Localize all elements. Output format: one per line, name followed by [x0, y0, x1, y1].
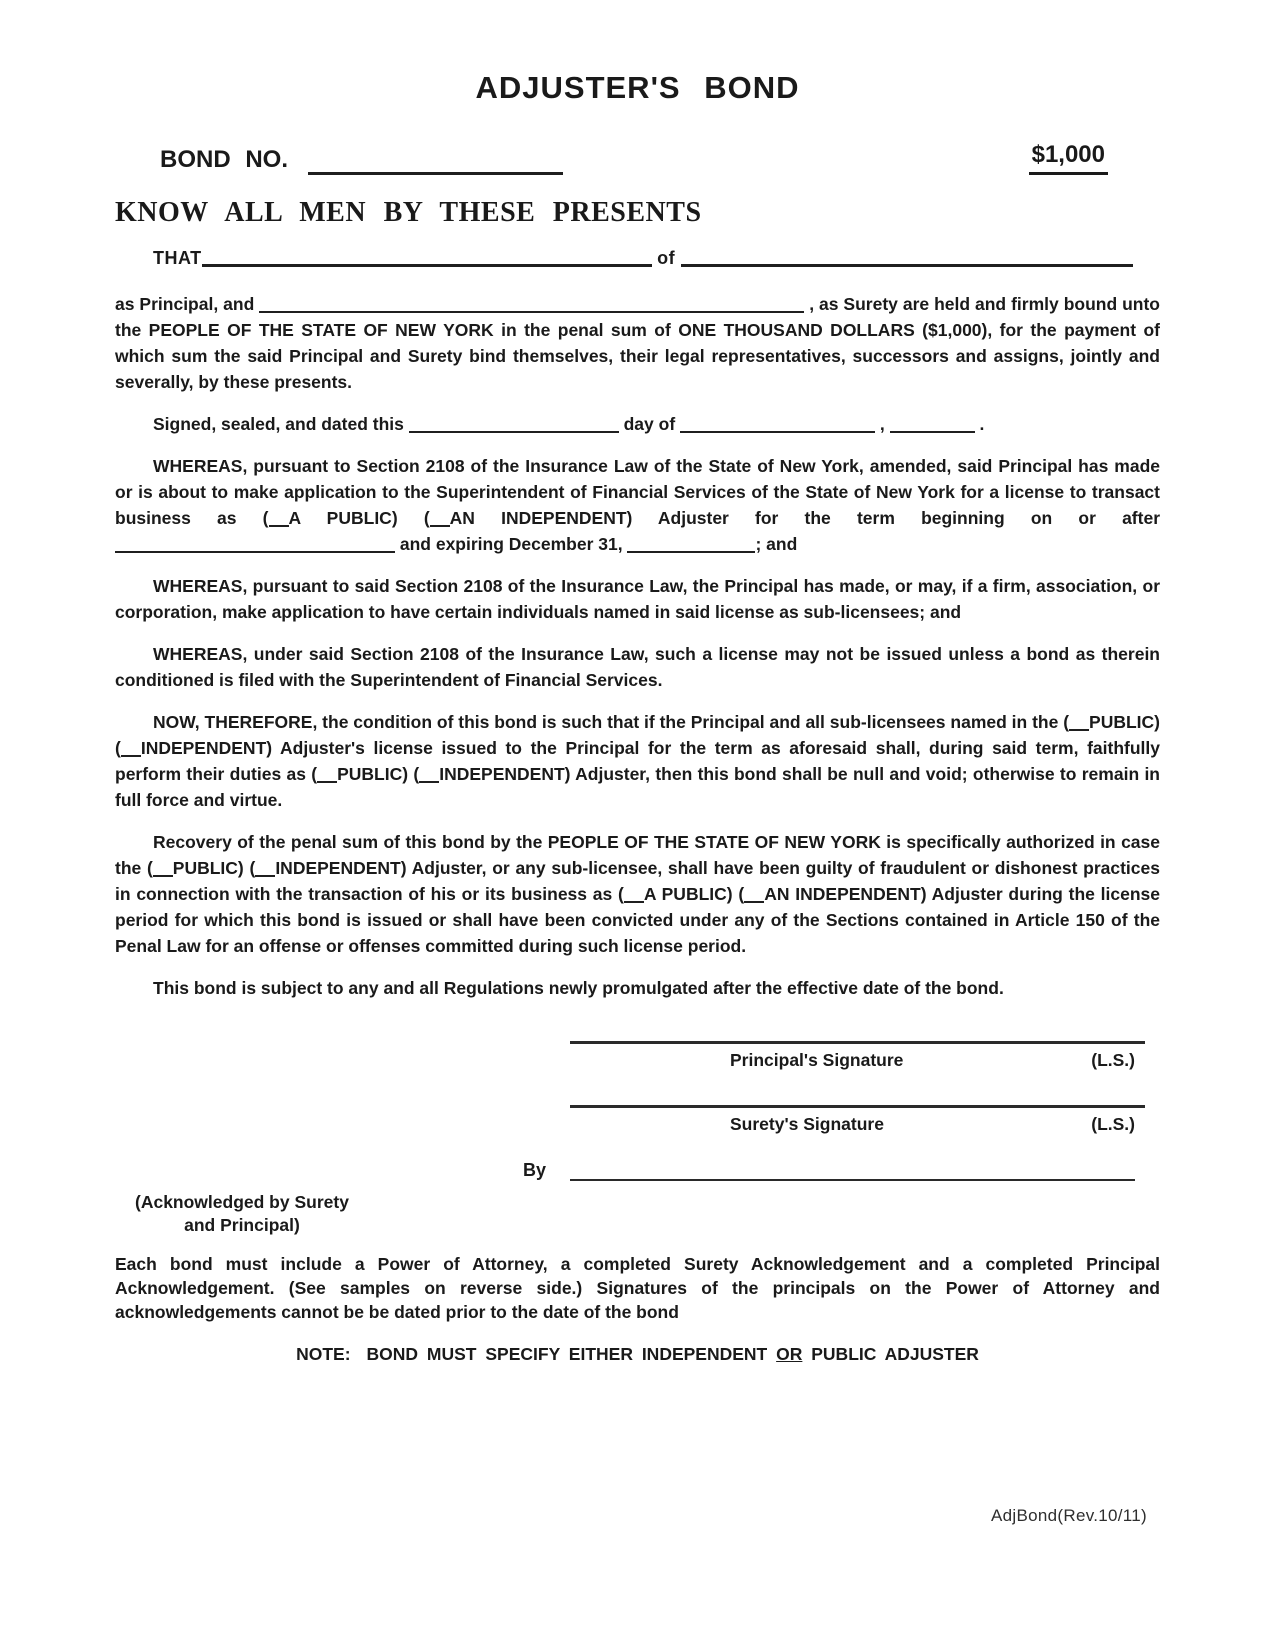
note-or-emphasis: OR — [776, 1344, 802, 1364]
presents-heading: KNOW ALL MEN BY THESE PRESENTS — [115, 197, 1160, 229]
note-text-pre: BOND MUST SPECIFY EITHER INDEPENDENT — [367, 1344, 768, 1364]
bond-number-blank[interactable] — [308, 150, 563, 175]
paragraph-whereas-application: WHEREAS, pursuant to Section 2108 of the… — [115, 453, 1160, 557]
surety-signature-labels: Surety's Signature (L.S.) — [570, 1108, 1145, 1135]
document-content: ADJUSTER'S BOND BOND NO. $1,000 KNOW ALL… — [0, 0, 1275, 1366]
note-line: NOTE:BOND MUST SPECIFY EITHER INDEPENDEN… — [115, 1342, 1160, 1366]
principal-ls-label: (L.S.) — [1091, 1050, 1135, 1071]
note-label: NOTE: — [296, 1344, 350, 1364]
fill-in-blank[interactable] — [269, 509, 289, 527]
adjusters-bond-document: ADJUSTER'S BOND BOND NO. $1,000 KNOW ALL… — [0, 0, 1275, 1650]
fill-in-blank[interactable] — [1069, 713, 1089, 731]
fill-in-blank[interactable] — [259, 295, 804, 313]
fill-in-blank[interactable] — [680, 415, 875, 433]
fill-in-blank[interactable] — [627, 535, 755, 553]
fill-in-blank[interactable] — [419, 765, 439, 783]
by-signature-row: By — [523, 1157, 1135, 1181]
by-label: By — [523, 1160, 546, 1181]
principal-signature-group: Principal's Signature (L.S.) — [570, 1041, 1145, 1071]
bond-number-row: BOND NO. $1,000 — [115, 140, 1160, 175]
penal-sum-amount: $1,000 — [1029, 140, 1108, 175]
instructions-paragraph: Each bond must include a Power of Attorn… — [115, 1252, 1160, 1324]
fill-in-blank[interactable] — [890, 415, 975, 433]
bond-number-label: BOND NO. — [160, 145, 288, 175]
principal-signature-label: Principal's Signature — [730, 1050, 903, 1071]
paragraph-recovery: Recovery of the penal sum of this bond b… — [115, 829, 1160, 959]
fill-in-blank[interactable] — [624, 885, 644, 903]
acknowledged-note-line2: and Principal) — [184, 1215, 300, 1235]
bond-number-group: BOND NO. — [160, 145, 563, 175]
fill-in-blank[interactable] — [115, 535, 395, 553]
fill-in-blank[interactable] — [255, 859, 275, 877]
fill-in-blank[interactable] — [430, 509, 450, 527]
signature-area: Principal's Signature (L.S.) Surety's Si… — [115, 1041, 1160, 1236]
fill-in-blank[interactable] — [681, 248, 1133, 267]
surety-signature-group: Surety's Signature (L.S.) — [570, 1105, 1145, 1135]
acknowledged-note: (Acknowledged by Surety and Principal) — [135, 1191, 349, 1237]
paragraph-regulations: This bond is subject to any and all Regu… — [115, 975, 1160, 1001]
document-reference: AdjBond(Rev.10/11) — [991, 1506, 1147, 1526]
fill-in-blank[interactable] — [153, 859, 173, 877]
fill-in-blank[interactable] — [202, 248, 652, 267]
acknowledged-note-line1: (Acknowledged by Surety — [135, 1192, 349, 1212]
fill-in-blank[interactable] — [409, 415, 619, 433]
by-signature-line[interactable] — [570, 1157, 1135, 1181]
note-text-post: PUBLIC ADJUSTER — [811, 1344, 979, 1364]
document-title: ADJUSTER'S BOND — [115, 0, 1160, 106]
fill-in-blank[interactable] — [317, 765, 337, 783]
paragraph-principal-surety: as Principal, and , as Surety are held a… — [115, 291, 1160, 395]
paragraph-whereas-sublicensees: WHEREAS, pursuant to said Section 2108 o… — [115, 573, 1160, 625]
principal-signature-labels: Principal's Signature (L.S.) — [570, 1044, 1145, 1071]
paragraph-whereas-bond-required: WHEREAS, under said Section 2108 of the … — [115, 641, 1160, 693]
that-clause: THAT of — [115, 245, 1160, 271]
fill-in-blank[interactable] — [121, 739, 141, 757]
surety-signature-label: Surety's Signature — [730, 1114, 884, 1135]
paragraph-signed-dated: Signed, sealed, and dated this day of , … — [115, 411, 1160, 437]
surety-ls-label: (L.S.) — [1091, 1114, 1135, 1135]
paragraph-now-therefore: NOW, THEREFORE, the condition of this bo… — [115, 709, 1160, 813]
fill-in-blank[interactable] — [744, 885, 764, 903]
